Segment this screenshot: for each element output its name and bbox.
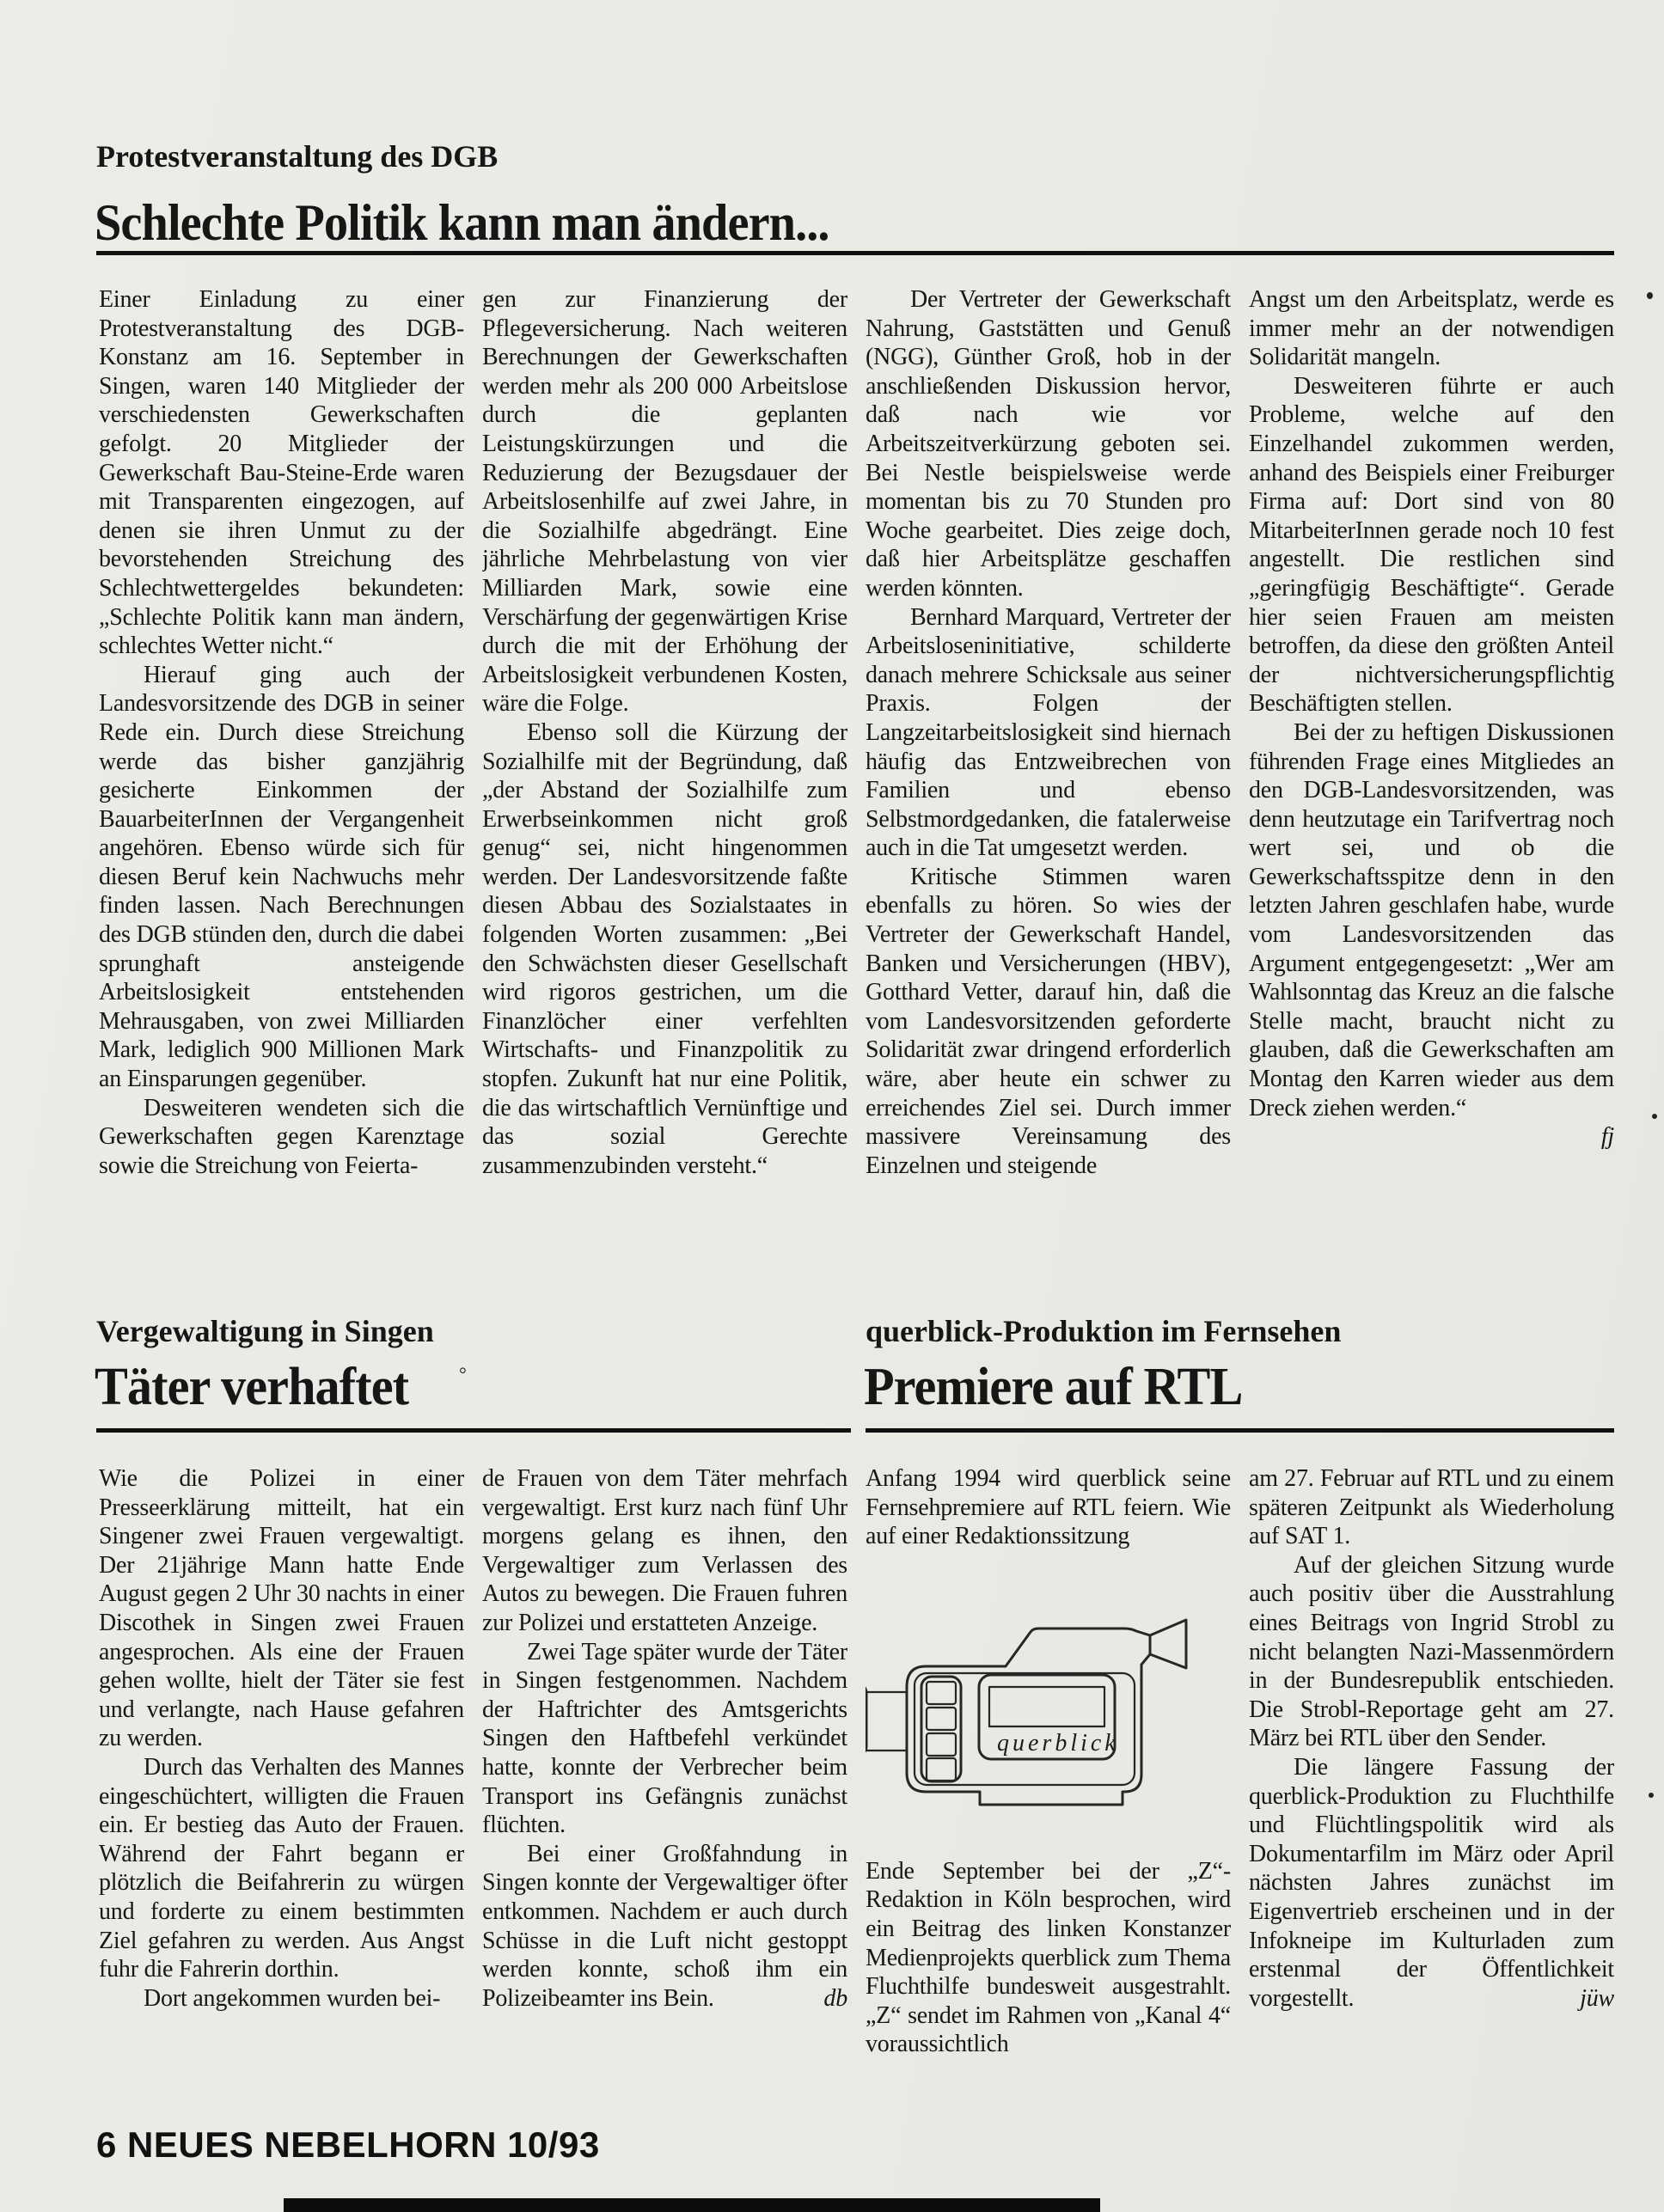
scan-speck: [1647, 292, 1653, 299]
rtl-column-1: Anfang 1994 wird querblick seine Fernseh…: [866, 1464, 1231, 2117]
scan-speck: [1649, 1793, 1654, 1798]
article-dgb-kicker: Protestveranstaltung des DGB: [96, 140, 498, 174]
paragraph: Desweiteren wendeten sich die Gewerkscha…: [99, 1094, 464, 1181]
headline-rule-rtl: [866, 1428, 1614, 1433]
camera-label: querblick: [997, 1730, 1119, 1757]
rtl-column-2: am 27. Februar auf RTL und zu einem spät…: [1249, 1464, 1614, 2083]
headline-rule-taeter: [96, 1428, 851, 1433]
paragraph: Zwei Tage später wurde der Täter in Sing…: [482, 1638, 847, 1840]
paragraph: Dort angekommen wurden bei-: [99, 1984, 464, 2013]
camera-handle: [866, 1683, 866, 1756]
paragraph: Auf der gleichen Sitzung wurde auch posi…: [1249, 1551, 1614, 1753]
camera-display: [989, 1687, 1104, 1726]
paragraph: Kritische Stimmen waren ebenfalls zu hör…: [866, 863, 1231, 1181]
paragraph: Hierauf ging auch der Landesvorsitzende …: [99, 661, 464, 1094]
video-camera-illustration: querblick: [866, 1582, 1231, 1823]
paragraph: Durch das Verhalten des Mannes eingeschü…: [99, 1753, 464, 1984]
dgb-column-2: gen zur Finanzierung der Pflegeversicher…: [482, 285, 847, 1252]
camera-button: [927, 1682, 956, 1704]
article-taeter-headline: Täter verhaftet: [95, 1360, 408, 1415]
paragraph: Ende September bei der „Z“-Redaktion in …: [866, 1857, 1231, 2059]
paragraph: Die längere Fassung der querblick-Produk…: [1249, 1753, 1614, 2013]
article-dgb-headline: Schlechte Politik kann man ändern...: [95, 196, 829, 250]
paragraph: Bernhard Marquard, Vertreter der Arbeits…: [866, 603, 1231, 863]
paragraph: Ebenso soll die Kürzung der Sozialhilfe …: [482, 718, 847, 1181]
dgb-column-4: Angst um den Arbeitsplatz, werde es imme…: [1249, 285, 1614, 1252]
dgb-column-3: Der Vertreter der Gewerkschaft Nahrung, …: [866, 285, 1231, 1252]
scan-speck: [1652, 1114, 1657, 1119]
author-initials: jüw: [1535, 1984, 1614, 2013]
paragraph: Bei einer Großfahndung in Singen konnte …: [482, 1840, 847, 2013]
paragraph: Wie die Polizei in einer Presseerklärung…: [99, 1464, 464, 1753]
headline-rule-dgb: [96, 251, 1614, 255]
camera-button: [927, 1758, 956, 1781]
dgb-column-1: Einer Einladung zu einer Protestveransta…: [99, 285, 464, 1252]
camera-button: [927, 1708, 956, 1730]
author-initials: fj: [1249, 1122, 1614, 1152]
scan-edge-bar: [284, 2198, 1100, 2212]
author-initials: db: [779, 1984, 847, 2013]
paragraph: am 27. Februar auf RTL und zu einem spät…: [1249, 1464, 1614, 1551]
article-rtl-kicker: querblick-Produktion im Fernsehen: [866, 1315, 1341, 1349]
paragraph: Desweiteren führte er auch Probleme, wel…: [1249, 372, 1614, 718]
taeter-column-1: Wie die Polizei in einer Presseerklärung…: [99, 1464, 464, 2083]
taeter-column-2: de Frauen von dem Täter mehrfach vergewa…: [482, 1464, 847, 2083]
paragraph: Der Vertreter der Gewerkschaft Nahrung, …: [866, 285, 1231, 603]
paragraph: Einer Einladung zu einer Protestveransta…: [99, 285, 464, 661]
paragraph: de Frauen von dem Täter mehrfach vergewa…: [482, 1464, 847, 1638]
paragraph: Anfang 1994 wird querblick seine Fernseh…: [866, 1464, 1231, 1551]
camera-button: [927, 1733, 956, 1756]
paragraph: gen zur Finanzierung der Pflegeversicher…: [482, 285, 847, 718]
camera-eyepiece: [1150, 1620, 1186, 1668]
article-taeter-kicker: Vergewaltigung in Singen: [96, 1315, 434, 1349]
paragraph: Bei der zu heftigen Diskussionen führend…: [1249, 718, 1614, 1122]
article-rtl-headline: Premiere auf RTL: [864, 1360, 1242, 1415]
newspaper-page: Protestveranstaltung des DGB Schlechte P…: [0, 0, 1664, 2212]
paragraph-text: Die längere Fassung der querblick-Produk…: [1249, 1754, 1614, 2012]
page-footer: 6 NEUES NEBELHORN 10/93: [96, 2124, 600, 2166]
scan-degree-mark: °: [459, 1363, 467, 1385]
paragraph: Angst um den Arbeitsplatz, werde es imme…: [1249, 285, 1614, 372]
